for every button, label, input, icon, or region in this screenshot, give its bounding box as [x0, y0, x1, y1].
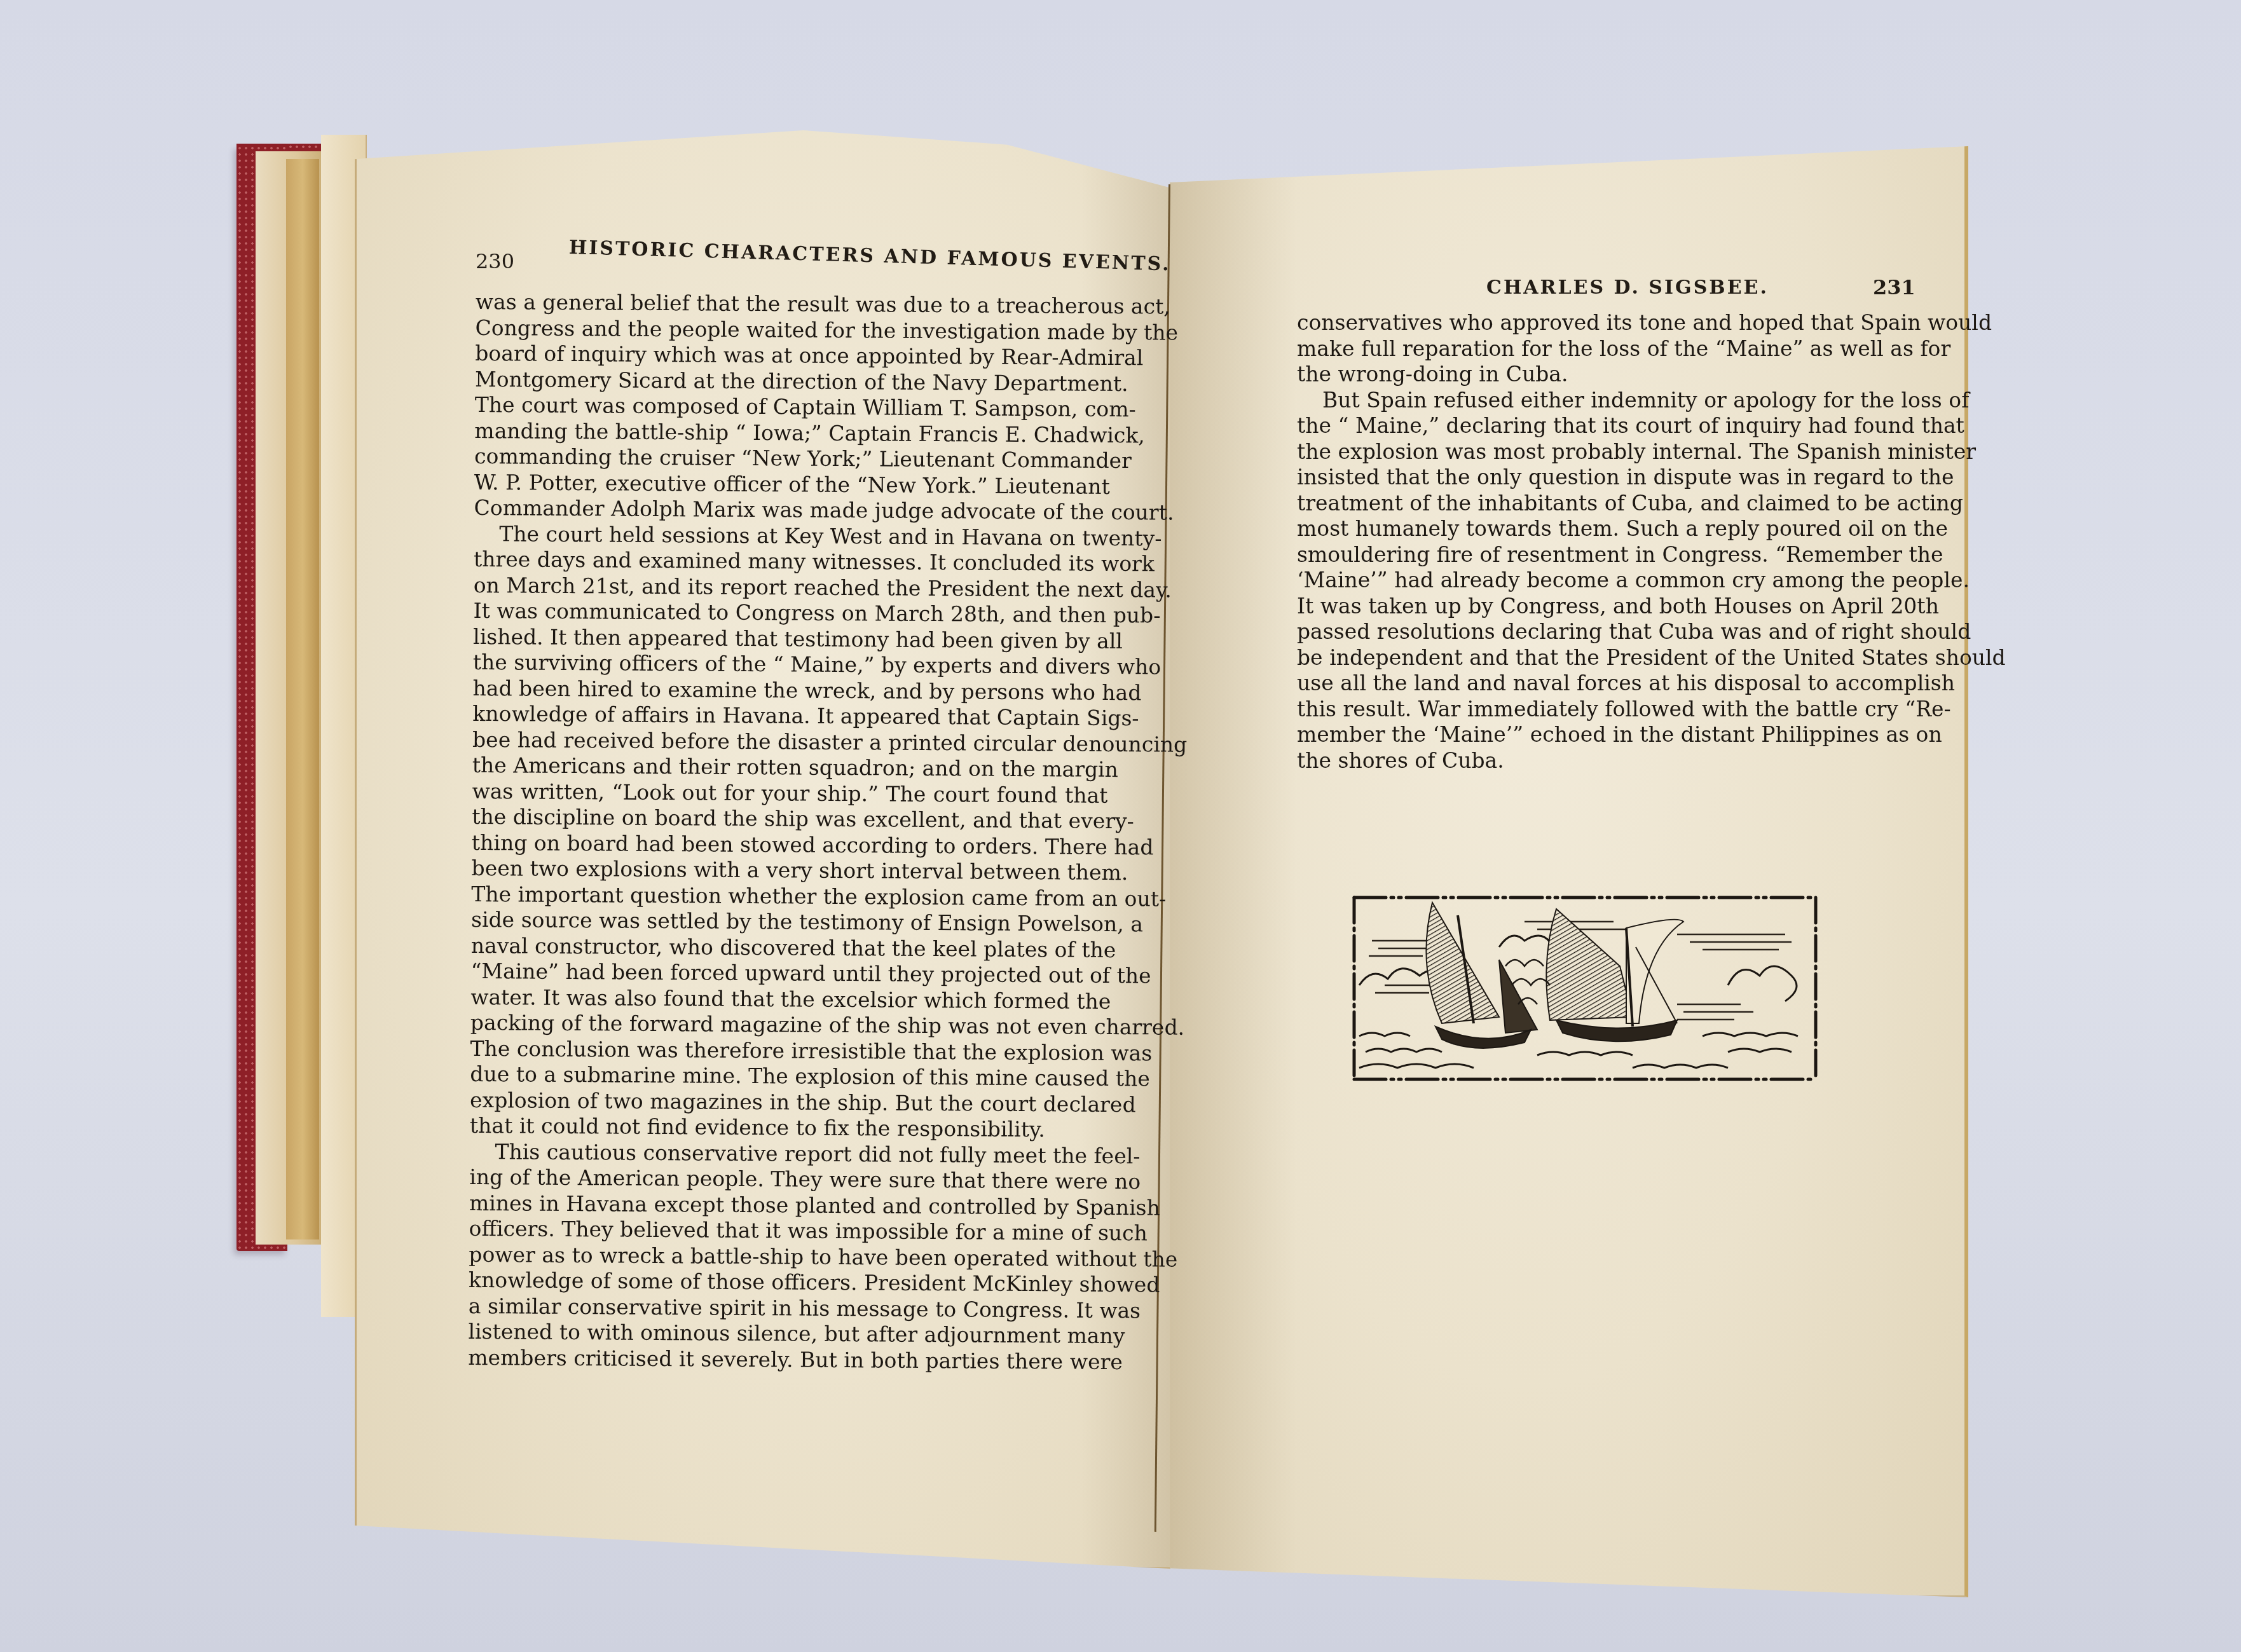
text-line: the wrong-doing in Cuba.: [1297, 362, 1904, 388]
text-line: But Spain refused either indemnity or ap…: [1297, 388, 1904, 414]
text-line: due to a submarine mine. The explosion o…: [470, 1062, 1106, 1091]
text-line: use all the land and naval forces at his…: [1297, 671, 1904, 697]
text-line: commanding the cruiser “New York;” Lieut…: [474, 444, 1110, 474]
text-line: been two explosions with a very short in…: [471, 856, 1107, 885]
text-line: ‘Maine’” had already become a common cry…: [1297, 568, 1904, 594]
text-line: mines in Havana except those planted and…: [469, 1190, 1105, 1220]
text-line: smouldering fire of resentment in Congre…: [1297, 542, 1904, 568]
text-line: The court held sessions at Key West and …: [474, 521, 1109, 550]
right-page-body: conservatives who approved its tone and …: [1297, 310, 1904, 774]
text-line: officers. They believed that it was impo…: [469, 1216, 1105, 1246]
text-line: explosion of two magazines in the ship. …: [470, 1087, 1106, 1117]
text-line: bee had received before the disaster a p…: [472, 727, 1108, 756]
text-line: insisted that the only question in dispu…: [1297, 465, 1904, 491]
text-line: treatment of the inhabitants of Cuba, an…: [1297, 491, 1904, 517]
text-line: water. It was also found that the excels…: [470, 984, 1106, 1014]
left-page-number: 230: [476, 249, 514, 273]
right-page-number: 231: [1873, 275, 1915, 299]
text-line: The conclusion was therefore irresistibl…: [470, 1035, 1106, 1065]
text-line: The important question whether the explo…: [471, 881, 1107, 911]
text-line: packing of the forward magazine of the s…: [470, 1010, 1106, 1040]
text-line: had been hired to examine the wreck, and…: [472, 675, 1108, 705]
text-line: W. P. Potter, executive officer of the “…: [474, 469, 1110, 499]
text-line: thing on board had been stowed according…: [472, 829, 1107, 859]
text-line: was written, “Look out for your ship.” T…: [472, 778, 1107, 808]
text-line: ing of the American people. They were su…: [469, 1164, 1105, 1194]
right-running-head: CHARLES D. SIGSBEE.: [1486, 276, 1769, 299]
text-line: The court was composed of Captain Willia…: [475, 392, 1111, 422]
text-line: this result. War immediately followed wi…: [1297, 697, 1904, 723]
text-line: the Americans and their rotten squadron;…: [472, 753, 1108, 782]
text-line: Congress and the people waited for the i…: [475, 315, 1111, 345]
text-line: manding the battle-ship “ Iowa;” Captain…: [474, 418, 1110, 447]
text-line: lished. It then appeared that testimony …: [473, 624, 1109, 653]
text-line: be independent and that the President of…: [1297, 645, 1904, 671]
text-line: make full reparation for the loss of the…: [1297, 336, 1904, 362]
text-line: “Maine” had been forced upward until the…: [470, 959, 1106, 988]
sailing-ships-engraving-icon: [1347, 890, 1823, 1087]
text-line: passed resolutions declaring that Cuba w…: [1297, 619, 1904, 645]
text-line: It was taken up by Congress, and both Ho…: [1297, 594, 1904, 620]
text-line: a similar conservative spirit in his mes…: [469, 1293, 1104, 1323]
text-line: members criticised it severely. But in b…: [468, 1344, 1104, 1374]
text-line: conservatives who approved its tone and …: [1297, 310, 1904, 336]
text-line: Montgomery Sicard at the direction of th…: [475, 366, 1111, 396]
text-line: knowledge of affairs in Havana. It appea…: [472, 701, 1108, 731]
text-line: This cautious conservative report did no…: [469, 1138, 1105, 1168]
text-line: Commander Adolph Marix was made judge ad…: [474, 495, 1109, 525]
text-line: the surviving officers of the “ Maine,” …: [473, 650, 1109, 679]
text-line: on March 21st, and its report reached th…: [474, 572, 1109, 602]
text-line: the discipline on board the ship was exc…: [472, 804, 1107, 834]
text-line: three days and examined many witnesses. …: [474, 547, 1109, 577]
text-line: side source was settled by the testimony…: [471, 907, 1107, 937]
text-line: the “ Maine,” declaring that its court o…: [1297, 413, 1904, 439]
page-block-gilt-edge: [286, 159, 319, 1239]
text-line: naval constructor, who discovered that t…: [471, 932, 1107, 962]
text-line: power as to wreck a battle-ship to have …: [469, 1241, 1104, 1271]
text-line: member the ‘Maine’” echoed in the distan…: [1297, 722, 1904, 748]
left-page-body: was a general belief that the result was…: [468, 289, 1111, 1375]
text-line: that it could not find evidence to fix t…: [470, 1113, 1106, 1143]
gutter-shadow-right: [1170, 146, 1297, 1595]
text-line: knowledge of some of those officers. Pre…: [469, 1267, 1104, 1297]
text-line: most humanely towards them. Such a reply…: [1297, 516, 1904, 542]
text-line: the explosion was most probably internal…: [1297, 439, 1904, 465]
text-line: listened to with ominous silence, but af…: [468, 1319, 1104, 1349]
text-line: the shores of Cuba.: [1297, 748, 1904, 774]
text-line: was a general belief that the result was…: [476, 289, 1111, 319]
text-line: board of inquiry which was at once appoi…: [475, 341, 1111, 371]
text-line: It was communicated to Congress on March…: [473, 598, 1109, 628]
